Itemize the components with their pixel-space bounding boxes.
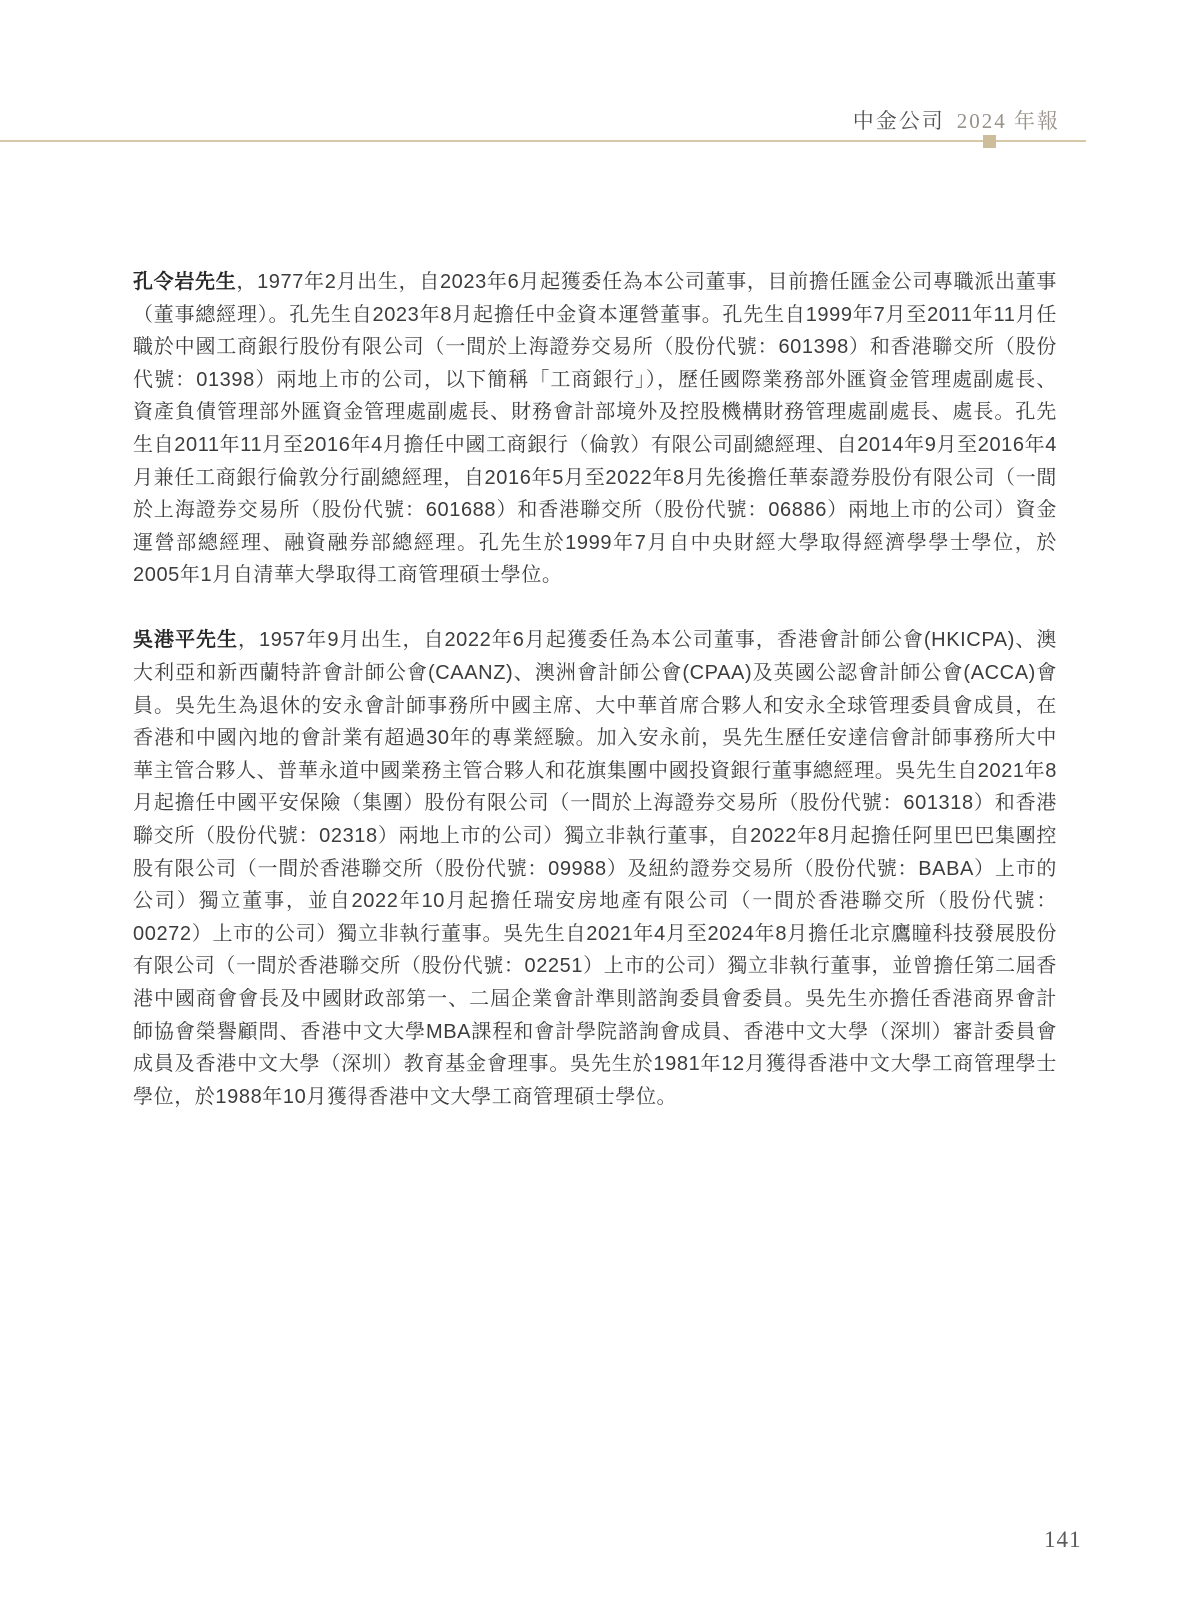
header-rule-square [983,135,996,148]
bio-name-wu: 吳港平先生 [133,629,238,651]
report-title: 2024 年報 [957,109,1060,133]
bio-text-wu: ，1957年9月出生，自2022年6月起獲委任為本公司董事，香港會計師公會(HK… [133,629,1057,1107]
bio-section: 孔令岩先生，1977年2月出生，自2023年6月起獲委任為本公司董事，目前擔任匯… [133,266,1057,1146]
page-header: 中金公司2024 年報 [853,105,1060,135]
bio-paragraph-kong: 孔令岩先生，1977年2月出生，自2023年6月起獲委任為本公司董事，目前擔任匯… [133,266,1057,592]
header-rule [0,140,1086,142]
bio-text-kong: ，1977年2月出生，自2023年6月起獲委任為本公司董事，目前擔任匯金公司專職… [133,271,1057,586]
company-name: 中金公司 [853,109,945,133]
bio-paragraph-wu: 吳港平先生，1957年9月出生，自2022年6月起獲委任為本公司董事，香港會計師… [133,624,1057,1113]
page: 中金公司2024 年報 孔令岩先生，1977年2月出生，自2023年6月起獲委任… [0,0,1190,1615]
page-number: 141 [1044,1527,1082,1553]
bio-name-kong: 孔令岩先生 [133,271,236,293]
